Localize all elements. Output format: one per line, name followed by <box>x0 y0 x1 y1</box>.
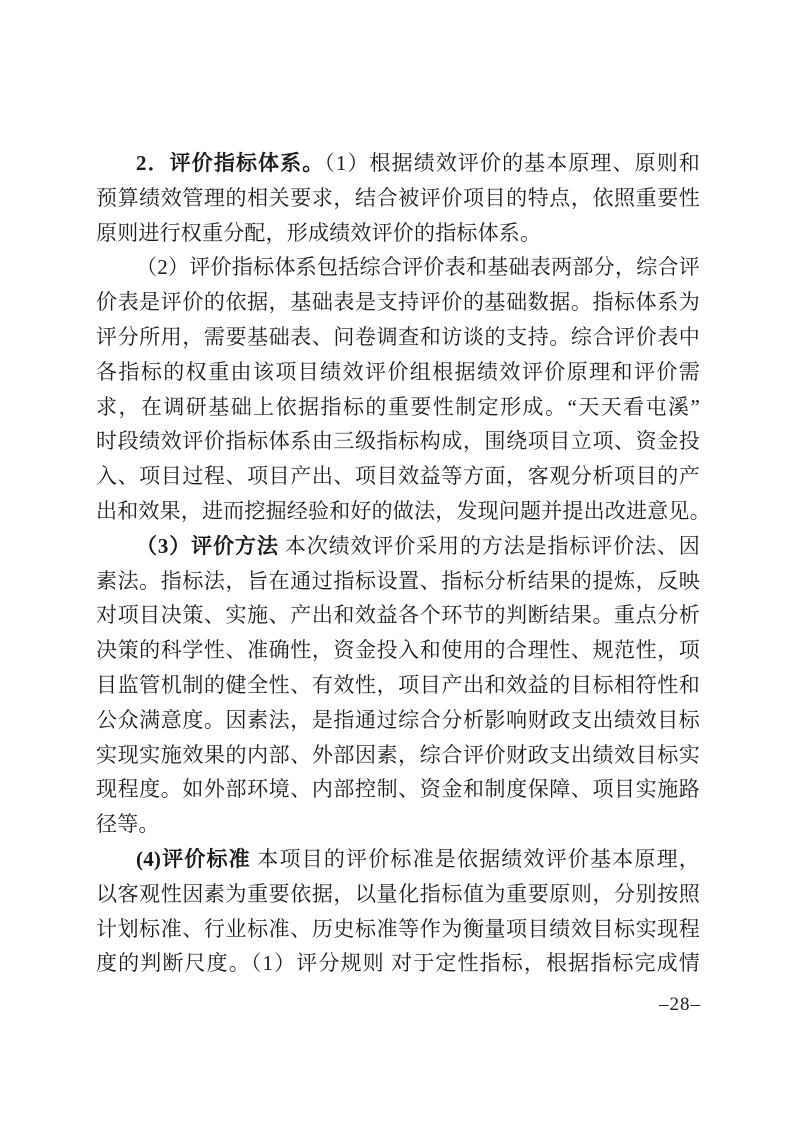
body-text: 对项目决策、实施、产出和效益各个环节的判断结果。重点分析 <box>96 603 700 627</box>
text-line: 对项目决策、实施、产出和效益各个环节的判断结果。重点分析 <box>96 598 700 633</box>
run-in-heading: (4)评价标准 <box>136 847 251 871</box>
text-line: 目监管机制的健全性、有效性，项目产出和效益的目标相符性和 <box>96 668 700 703</box>
body-text: 时段绩效评价指标体系由三级指标构成，围绕项目立项、资金投 <box>96 429 700 453</box>
body-text: 目监管机制的健全性、有效性，项目产出和效益的目标相符性和 <box>96 673 700 697</box>
body-text: 以客观性因素为重要依据，以量化指标值为重要原则，分别按照 <box>96 882 700 906</box>
body-text: 价表是评价的依据，基础表是支持评价的基础数据。指标体系为 <box>96 290 700 314</box>
body-text: 入、项目过程、项目产出、项目效益等方面，客观分析项目的产 <box>96 464 700 488</box>
text-line: 出和效果，进而挖掘经验和好的做法，发现问题并提出改进意见。 <box>96 494 700 529</box>
text-line: 现程度。如外部环境、内部控制、资金和制度保障、项目实施路 <box>96 772 700 807</box>
body-text: 预算绩效管理的相关要求，结合被评价项目的特点，依照重要性 <box>96 186 700 210</box>
run-in-heading: 2．评价指标体系。 <box>136 151 324 175</box>
body-text: （2）评价指标体系包括综合评价表和基础表两部分，综合评 <box>136 255 700 279</box>
run-in-heading: （3）评价方法 <box>136 534 279 558</box>
body-text: 度的判断尺度。（1）评分规则 对于定性指标，根据指标完成情 <box>96 951 700 975</box>
body-text: （1）根据绩效评价的基本原理、原则和 <box>324 151 700 175</box>
document-text: 2．评价指标体系。（1）根据绩效评价的基本原理、原则和预算绩效管理的相关要求，结… <box>96 146 700 981</box>
body-text: 素法。指标法，旨在通过指标设置、指标分析结果的提炼，反映 <box>96 569 700 593</box>
text-line: 原则进行权重分配，形成绩效评价的指标体系。 <box>96 216 700 251</box>
text-line: 时段绩效评价指标体系由三级指标构成，围绕项目立项、资金投 <box>96 424 700 459</box>
text-line: 以客观性因素为重要依据，以量化指标值为重要原则，分别按照 <box>96 877 700 912</box>
text-line: 评分所用，需要基础表、问卷调查和访谈的支持。综合评价表中 <box>96 320 700 355</box>
text-line: 公众满意度。因素法，是指通过综合分析影响财政支出绩效目标 <box>96 703 700 738</box>
body-text: 本次绩效评价采用的方法是指标评价法、因 <box>279 534 700 558</box>
text-line: 价表是评价的依据，基础表是支持评价的基础数据。指标体系为 <box>96 285 700 320</box>
body-text: 本项目的评价标准是依据绩效评价基本原理， <box>251 847 700 871</box>
body-text: 实现实施效果的内部、外部因素，综合评价财政支出绩效目标实 <box>96 743 700 767</box>
body-text: 径等。 <box>96 812 160 836</box>
body-text: 现程度。如外部环境、内部控制、资金和制度保障、项目实施路 <box>96 777 700 801</box>
text-line: 决策的科学性、准确性，资金投入和使用的合理性、规范性，项 <box>96 633 700 668</box>
page-number: –28– <box>659 994 701 1016</box>
text-line: 素法。指标法，旨在通过指标设置、指标分析结果的提炼，反映 <box>96 564 700 599</box>
document-page: 2．评价指标体系。（1）根据绩效评价的基本原理、原则和预算绩效管理的相关要求，结… <box>0 0 793 1122</box>
text-line: 各指标的权重由该项目绩效评价组根据绩效评价原理和评价需 <box>96 355 700 390</box>
body-text: 出和效果，进而挖掘经验和好的做法，发现问题并提出改进意见。 <box>96 499 711 523</box>
body-text: 求，在调研基础上依据指标的重要性制定形成。“天天看屯溪” <box>96 395 700 419</box>
body-text: 各指标的权重由该项目绩效评价组根据绩效评价原理和评价需 <box>96 360 700 384</box>
text-line: (4)评价标准 本项目的评价标准是依据绩效评价基本原理， <box>96 842 700 877</box>
body-text: 评分所用，需要基础表、问卷调查和访谈的支持。综合评价表中 <box>96 325 700 349</box>
text-line: 度的判断尺度。（1）评分规则 对于定性指标，根据指标完成情 <box>96 946 700 981</box>
body-text: 公众满意度。因素法，是指通过综合分析影响财政支出绩效目标 <box>96 708 700 732</box>
text-line: 计划标准、行业标准、历史标准等作为衡量项目绩效目标实现程 <box>96 912 700 947</box>
text-line: 求，在调研基础上依据指标的重要性制定形成。“天天看屯溪” <box>96 390 700 425</box>
text-line: 2．评价指标体系。（1）根据绩效评价的基本原理、原则和 <box>96 146 700 181</box>
body-text: 决策的科学性、准确性，资金投入和使用的合理性、规范性，项 <box>96 638 700 662</box>
text-line: 预算绩效管理的相关要求，结合被评价项目的特点，依照重要性 <box>96 181 700 216</box>
text-line: （2）评价指标体系包括综合评价表和基础表两部分，综合评 <box>96 250 700 285</box>
text-line: 实现实施效果的内部、外部因素，综合评价财政支出绩效目标实 <box>96 738 700 773</box>
body-text: 原则进行权重分配，形成绩效评价的指标体系。 <box>96 221 541 245</box>
text-line: 径等。 <box>96 807 700 842</box>
text-line: （3）评价方法 本次绩效评价采用的方法是指标评价法、因 <box>96 529 700 564</box>
body-text: 计划标准、行业标准、历史标准等作为衡量项目绩效目标实现程 <box>96 917 700 941</box>
text-line: 入、项目过程、项目产出、项目效益等方面，客观分析项目的产 <box>96 459 700 494</box>
